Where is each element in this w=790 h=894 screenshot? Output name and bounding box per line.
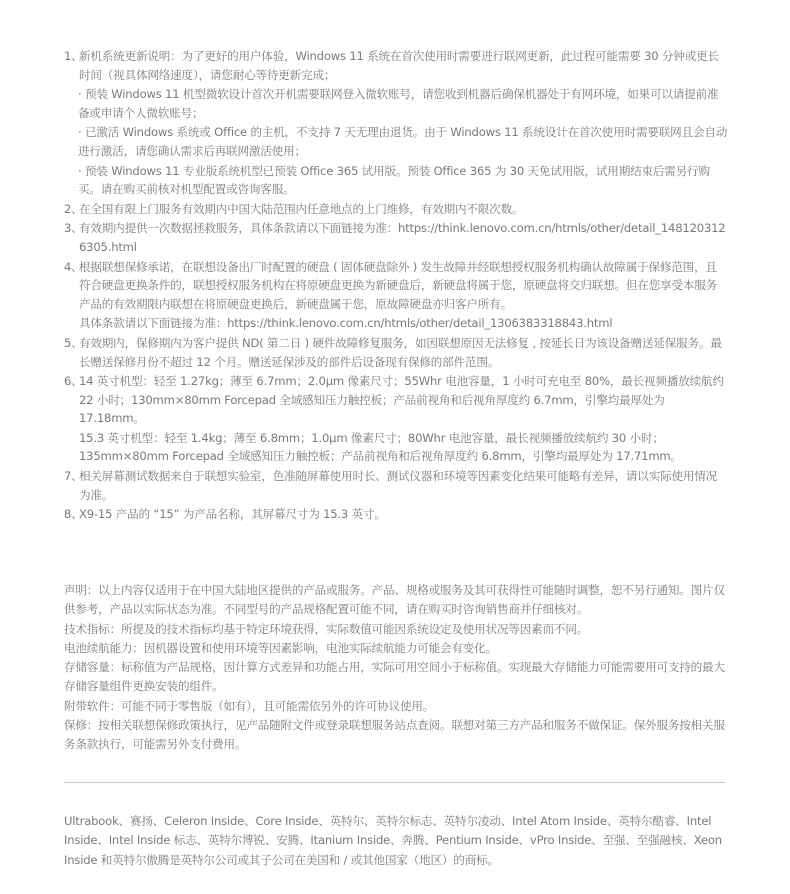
disclaimer-storage: 存储容量：标称值为产品规格，因计算方式差异和功能占用，实际可用空间小于标称值。实…: [64, 658, 728, 697]
note-number: 3、: [64, 219, 83, 238]
note-text: 根据联想保修承诺，在联想设备出厂时配置的硬盘 ( 固体硬盘除外 ) 发生故障并经…: [79, 258, 728, 314]
note-number: 2、: [64, 200, 83, 219]
note-number: 5、: [64, 334, 83, 353]
note-bullet: · 已激活 Windows 系统或 Office 的主机，不支持 7 天无理由退…: [78, 123, 728, 160]
note-text: 有效期内，保修期内为客户提供 ND( 第二日 ) 硬件故障修复服务，如因联想原因…: [79, 334, 728, 371]
note-text-with-link: 有效期内提供一次数据拯救服务，具体条款请以下面链接为准：https://thin…: [79, 219, 728, 256]
notes-list: 1、 新机系统更新说明：为了更好的用户体验，Windows 11 系统在首次使用…: [64, 47, 728, 525]
note-item-7: 7、 相关屏幕测试数据来自于联想实验室，色准随屏幕使用时长、测试仪器和环境等因素…: [64, 467, 728, 504]
note-item-8: 8、 X9-15 产品的 “15” 为产品名称，其屏幕尺寸为 15.3 英寸。: [64, 505, 728, 524]
disclaimer-warranty: 保修：按相关联想保修政策执行，见产品随附文件或登录联想服务站点查阅。联想对第三方…: [64, 716, 728, 755]
note-link-line: 具体条款请以下面链接为准：https://think.lenovo.com.cn…: [79, 314, 728, 333]
note-spec-15: 15.3 英寸机型：轻至 1.4kg；薄至 6.8mm；1.0μm 像素尺寸；8…: [79, 429, 728, 466]
note-number: 7、: [64, 467, 83, 486]
disclaimer-statement: 声明：以上内容仅适用于在中国大陆地区提供的产品或服务。产品、规格或服务及其可获得…: [64, 581, 728, 620]
note-spec-14: 14 英寸机型：轻至 1.27kg；薄至 6.7mm；2.0μm 像素尺寸；55…: [79, 372, 728, 428]
trademark-section: Ultrabook、赛扬、Celeron Inside、Core Inside、…: [64, 812, 728, 870]
note-item-3: 3、 有效期内提供一次数据拯救服务，具体条款请以下面链接为准：https://t…: [64, 219, 728, 256]
disclaimer-software: 附带软件：可能不同于零售版（如有），且可能需依另外的许可协议使用。: [64, 697, 728, 716]
disclaimer-section: 声明：以上内容仅适用于在中国大陆地区提供的产品或服务。产品、规格或服务及其可获得…: [64, 581, 728, 755]
note-item-6: 6、 14 英寸机型：轻至 1.27kg；薄至 6.7mm；2.0μm 像素尺寸…: [64, 372, 728, 466]
disclaimer-battery: 电池续航能力：因机器设置和使用环境等因素影响，电池实际续航能力可能会有变化。: [64, 639, 728, 658]
note-number: 1、: [64, 47, 83, 66]
note-number: 4、: [64, 258, 83, 277]
note-bullet: · 预装 Windows 11 专业版系统机型已预装 Office 365 试用…: [78, 162, 728, 199]
note-text: 相关屏幕测试数据来自于联想实验室，色准随屏幕使用时长、测试仪器和环境等因素变化结…: [79, 467, 728, 504]
trademark-notice: Ultrabook、赛扬、Celeron Inside、Core Inside、…: [64, 812, 728, 870]
note-item-5: 5、 有效期内，保修期内为客户提供 ND( 第二日 ) 硬件故障修复服务，如因联…: [64, 334, 728, 371]
note-text: 新机系统更新说明：为了更好的用户体验，Windows 11 系统在首次使用时需要…: [79, 47, 728, 84]
note-text: X9-15 产品的 “15” 为产品名称，其屏幕尺寸为 15.3 英寸。: [79, 505, 728, 524]
disclaimer-tech-specs: 技术指标：所提及的技术指标均基于特定环境获得，实际数值可能因系统设定及使用状况等…: [64, 620, 728, 639]
note-number: 8、: [64, 505, 83, 524]
note-item-4: 4、 根据联想保修承诺，在联想设备出厂时配置的硬盘 ( 固体硬盘除外 ) 发生故…: [64, 258, 728, 333]
note-text: 在全国有限上门服务有效期内中国大陆范围内任意地点的上门维修，有效期内不限次数。: [79, 200, 728, 219]
note-bullet: · 预装 Windows 11 机型微软设计首次开机需要联网登入微软账号，请您收…: [78, 85, 728, 122]
note-item-1: 1、 新机系统更新说明：为了更好的用户体验，Windows 11 系统在首次使用…: [64, 47, 728, 199]
note-item-2: 2、 在全国有限上门服务有效期内中国大陆范围内任意地点的上门维修，有效期内不限次…: [64, 200, 728, 219]
note-number: 6、: [64, 372, 83, 391]
section-divider: [64, 782, 725, 783]
